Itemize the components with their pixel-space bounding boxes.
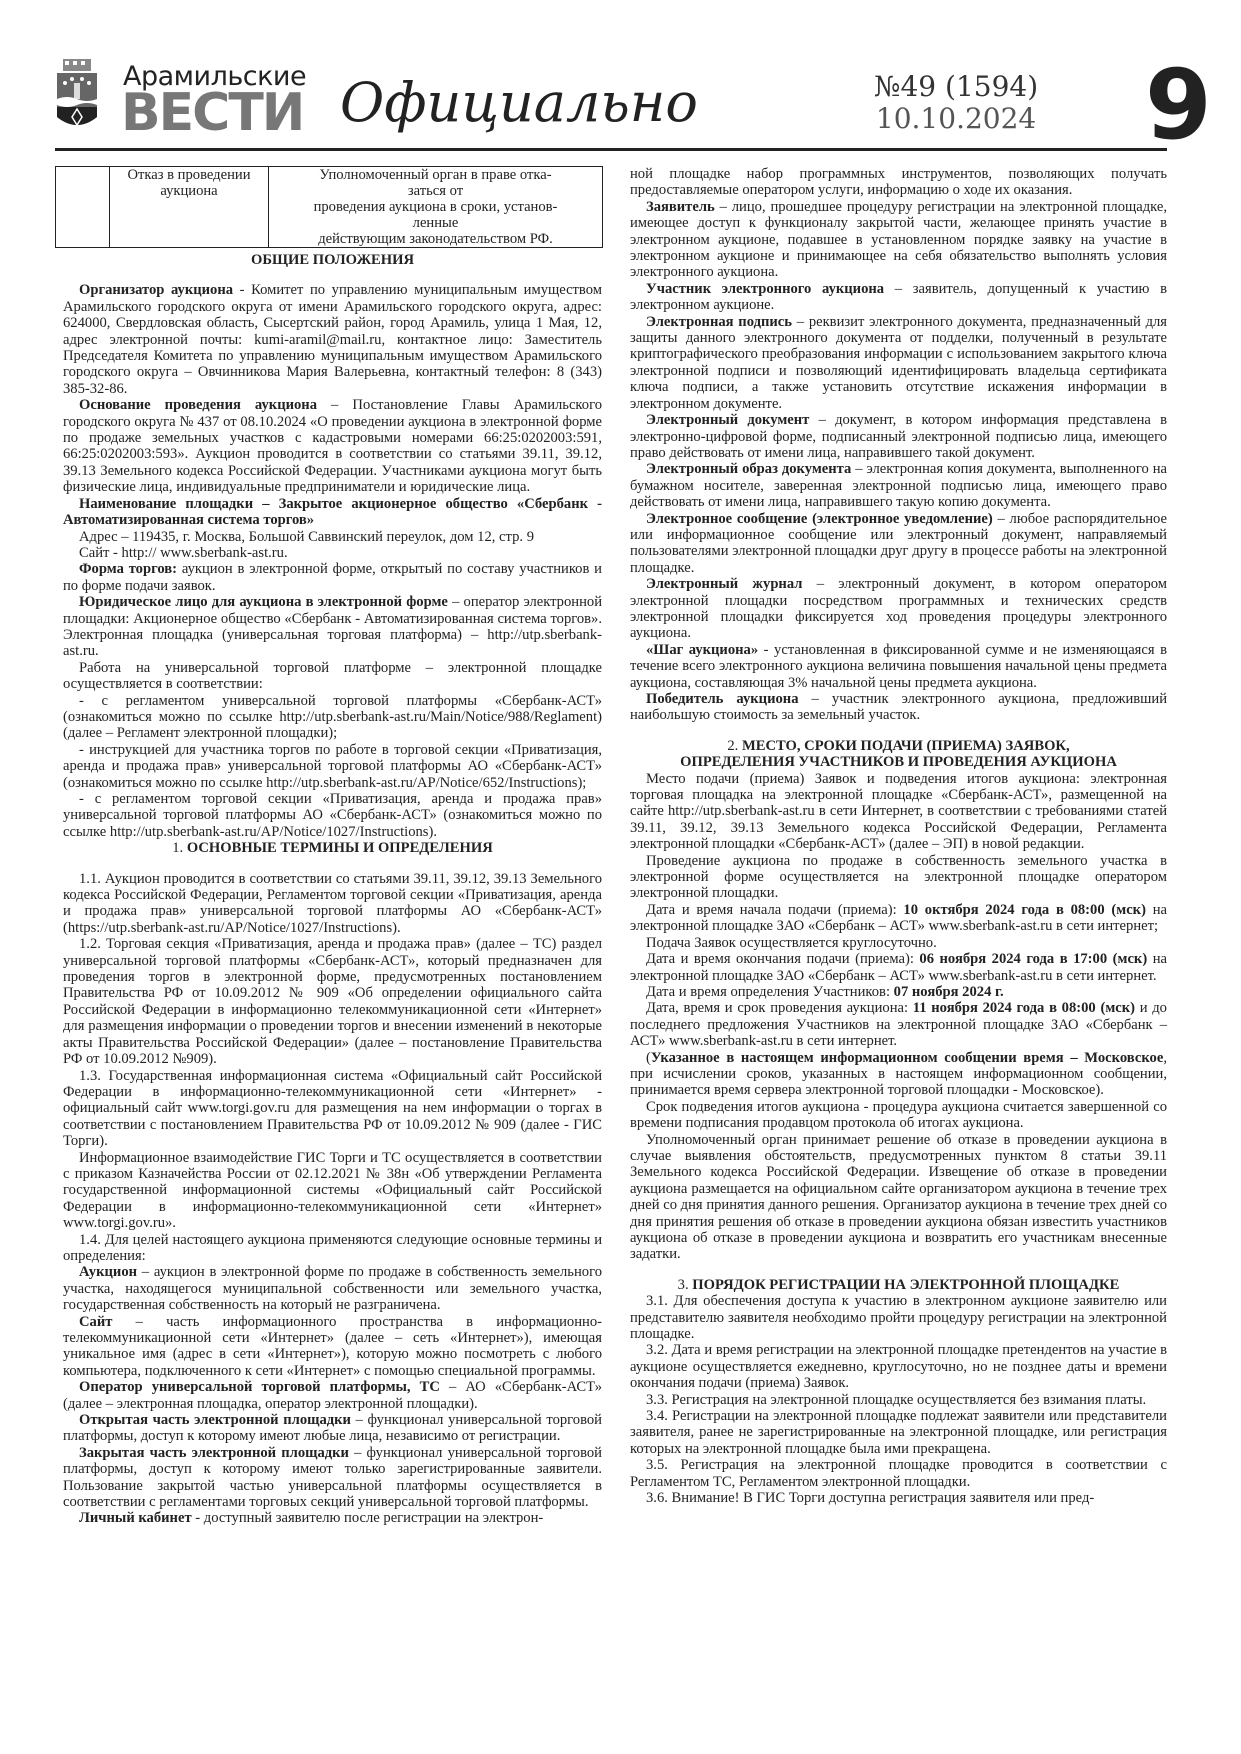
refusal-para: Уполномоченный орган принимает решение о…	[630, 1132, 1167, 1263]
end-date-para: Дата и время окончания подачи (приема): …	[630, 951, 1167, 984]
participants-date-para: Дата и время определения Участников: 07 …	[630, 984, 1167, 1000]
edoc-def: Электронный документ – документ, в котор…	[630, 412, 1167, 461]
general-heading: ОБЩИЕ ПОЛОЖЕНИЯ	[63, 252, 602, 268]
issue-number: №49 (1594)	[874, 71, 1038, 103]
para-3-2: 3.2. Дата и время регистрации на электро…	[630, 1342, 1167, 1391]
section-3-heading: 3. ПОРЯДОК РЕГИСТРАЦИИ НА ЭЛЕКТРОННОЙ ПЛ…	[630, 1277, 1167, 1293]
emsg-def: Электронное сообщение (электронное уведо…	[630, 511, 1167, 577]
ejournal-def: Электронный журнал – электронный докумен…	[630, 576, 1167, 642]
section-1-heading: 1. ОСНОВНЫЕ ТЕРМИНЫ И ОПРЕДЕЛЕНИЯ	[63, 840, 602, 856]
para-3-5: 3.5. Регистрация на электронной площадке…	[630, 1457, 1167, 1490]
round-clock-para: Подача Заявок осуществляется круглосуточ…	[630, 935, 1167, 951]
auction-date-para: Дата, время и срок проведения аукциона: …	[630, 1000, 1167, 1049]
auction-def: Аукцион – аукцион в электронной форме по…	[63, 1264, 602, 1313]
section-2-heading: 2. МЕСТО, СРОКИ ПОДАЧИ (ПРИЕМА) ЗАЯВОК, …	[630, 738, 1167, 771]
table-cell: Отказ в проведении аукциона	[110, 167, 269, 248]
open-part-def: Открытая часть электронной площадки – фу…	[63, 1412, 602, 1445]
para-3-1: 3.1. Для обеспечения доступа к участию в…	[630, 1293, 1167, 1342]
cabinet-def: Личный кабинет - доступный заявителю пос…	[63, 1510, 602, 1526]
issue-info: №49 (1594) 10.10.2024	[874, 71, 1038, 135]
cabinet-cont: ной площадке набор программных инструмен…	[630, 166, 1167, 199]
para-1-1: 1.1. Аукцион проводится в соответствии с…	[63, 871, 602, 937]
header-rule	[55, 148, 1167, 151]
legal-para: Юридическое лицо для аукциона в электрон…	[63, 594, 602, 660]
bullet-1: - с регламентом универсальной торговой п…	[63, 693, 602, 742]
bullet-3: - с регламентом торговой секции «Привати…	[63, 791, 602, 840]
brand-bottom: ВЕСТИ	[121, 87, 303, 139]
operator-def: Оператор универсальной торговой платформ…	[63, 1379, 602, 1412]
conduct-para: Проведение аукциона по продаже в собстве…	[630, 853, 1167, 902]
applicant-def: Заявитель – лицо, прошедшее процедуру ре…	[630, 199, 1167, 281]
para-3-4: 3.4. Регистрации на электронной площадке…	[630, 1408, 1167, 1457]
bullet-2: - инструкцией для участника торгов по ра…	[63, 742, 602, 791]
winner-def: Победитель аукциона – участник электронн…	[630, 691, 1167, 724]
site-def: Сайт – часть информационного пространств…	[63, 1314, 602, 1380]
right-column: ной площадке набор программных инструмен…	[630, 166, 1167, 1507]
site-para: Сайт - http:// www.sberbank-ast.ru.	[63, 545, 602, 561]
participant-def: Участник электронного аукциона – заявите…	[630, 281, 1167, 314]
organizer-para: Организатор аукциона - Комитет по управл…	[63, 282, 602, 397]
basis-para: Основание проведения аукциона – Постанов…	[63, 397, 602, 495]
start-date-para: Дата и время начала подачи (приема): 10 …	[630, 902, 1167, 935]
para-1-3: 1.3. Государственная информационная сист…	[63, 1068, 602, 1150]
table-row: Отказ в проведении аукциона Уполномоченн…	[56, 167, 603, 248]
closed-part-def: Закрытая часть электронной площадки – фу…	[63, 1445, 602, 1511]
work-para: Работа на универсальной торговой платфор…	[63, 660, 602, 693]
table-cell	[56, 167, 110, 248]
page-number: 9	[1145, 49, 1212, 161]
eimage-def: Электронный образ документа – электронна…	[630, 461, 1167, 510]
form-para: Форма торгов: аукцион в электронной форм…	[63, 561, 602, 594]
coat-of-arms-icon	[55, 59, 99, 135]
platform-para: Наименование площадки – Закрытое акционе…	[63, 496, 602, 529]
left-column: Отказ в проведении аукциона Уполномоченн…	[63, 166, 602, 1527]
para-3-6: 3.6. Внимание! В ГИС Торги доступна реги…	[630, 1490, 1167, 1506]
place-para: Место подачи (приема) Заявок и подведени…	[630, 771, 1167, 853]
masthead: Арамильские ВЕСТИ Официально №49 (1594) …	[55, 55, 1167, 150]
step-def: «Шаг аукциона» - установленная в фиксиро…	[630, 642, 1167, 691]
refusal-table: Отказ в проведении аукциона Уполномоченн…	[55, 166, 603, 248]
signature-def: Электронная подпись – реквизит электронн…	[630, 314, 1167, 412]
para-1-4: 1.4. Для целей настоящего аукциона приме…	[63, 1232, 602, 1265]
para-1-2: 1.2. Торговая секция «Приватизация, арен…	[63, 936, 602, 1067]
section-title: Официально	[340, 71, 698, 134]
results-para: Срок подведения итогов аукциона - процед…	[630, 1099, 1167, 1132]
time-note-para: (Указанное в настоящем информационном со…	[630, 1050, 1167, 1099]
table-cell: Уполномоченный орган в праве отка- затьс…	[269, 167, 603, 248]
issue-date: 10.10.2024	[874, 103, 1038, 135]
para-3-3: 3.3. Регистрация на электронной площадке…	[630, 1392, 1167, 1408]
address-para: Адрес – 119435, г. Москва, Большой Савви…	[63, 529, 602, 545]
interaction-para: Информационное взаимодействие ГИС Торги …	[63, 1150, 602, 1232]
